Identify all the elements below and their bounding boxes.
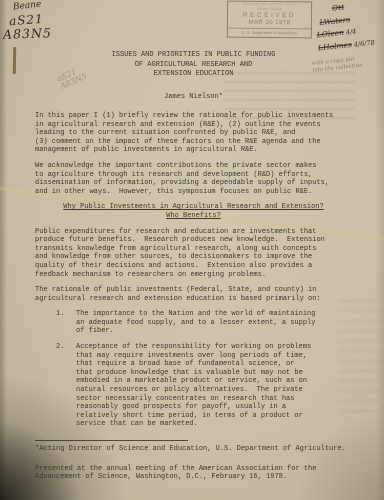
list-item-number: 1. xyxy=(56,310,76,336)
ink-stroke-mark xyxy=(13,47,16,74)
handwritten-routing-list: Ott LWaters LOleen4/4 LHolmes4/6/78 xyxy=(314,0,384,54)
footnote-separator-rule xyxy=(35,440,188,441)
paragraph-intro: In this paper I (1) briefly review the r… xyxy=(35,112,352,155)
list-item-text: Acceptance of the responsibility for wor… xyxy=(76,343,352,429)
routing-date: 4/6/78 xyxy=(353,38,375,48)
handwritten-call-number-line2: A83N5 xyxy=(3,25,52,42)
body-text-column: In this paper I (1) briefly review the r… xyxy=(35,112,352,436)
section-heading: Why Public Investments in Agricultural R… xyxy=(35,203,352,220)
paragraph-private-sector: We acknowledge the important contributio… xyxy=(35,162,352,196)
stamp-date: MAR 30 1978 xyxy=(248,19,290,26)
paragraph-rationale: The rationale of public investments (Fed… xyxy=(35,286,352,303)
routing-date xyxy=(352,15,353,23)
stamp-org-line2: Library Serials xyxy=(257,6,281,11)
document-title: ISSUES AND PRIORITIES IN PUBLIC FUNDING … xyxy=(35,51,352,80)
routing-date: 4/4 xyxy=(345,27,356,36)
list-item-text: The importance to the Nation and the wor… xyxy=(76,310,352,336)
stamp-agency: U. S. Department of Agriculture xyxy=(228,28,311,36)
footnote-presentation-note: Presented at the annual meeting of the A… xyxy=(35,465,357,482)
routing-date xyxy=(346,3,347,11)
numbered-list-item-2: 2. Acceptance of the responsibility for … xyxy=(35,343,352,429)
numbered-list-item-1: 1. The importance to the Nation and the … xyxy=(35,310,352,336)
received-date-stamp: National Agricultural Library Library Se… xyxy=(227,1,312,39)
footnote-author-credential: *Acting Director of Science and Educatio… xyxy=(35,445,357,454)
footnote-block: *Acting Director of Science and Educatio… xyxy=(35,440,357,482)
routing-name: Ott xyxy=(332,3,345,13)
routing-name: LOleen xyxy=(316,28,344,40)
paragraph-expenditures: Public expenditures for research and edu… xyxy=(35,228,352,280)
handwritten-owner-name: Beane xyxy=(13,0,42,12)
routing-name: LWaters xyxy=(319,14,351,26)
list-item-number: 2. xyxy=(56,343,76,429)
scanned-document-page: Beane aS21 A83N5 aS21 A83N5 National Agr… xyxy=(0,0,384,500)
author-byline: James Nielson* xyxy=(35,93,352,101)
